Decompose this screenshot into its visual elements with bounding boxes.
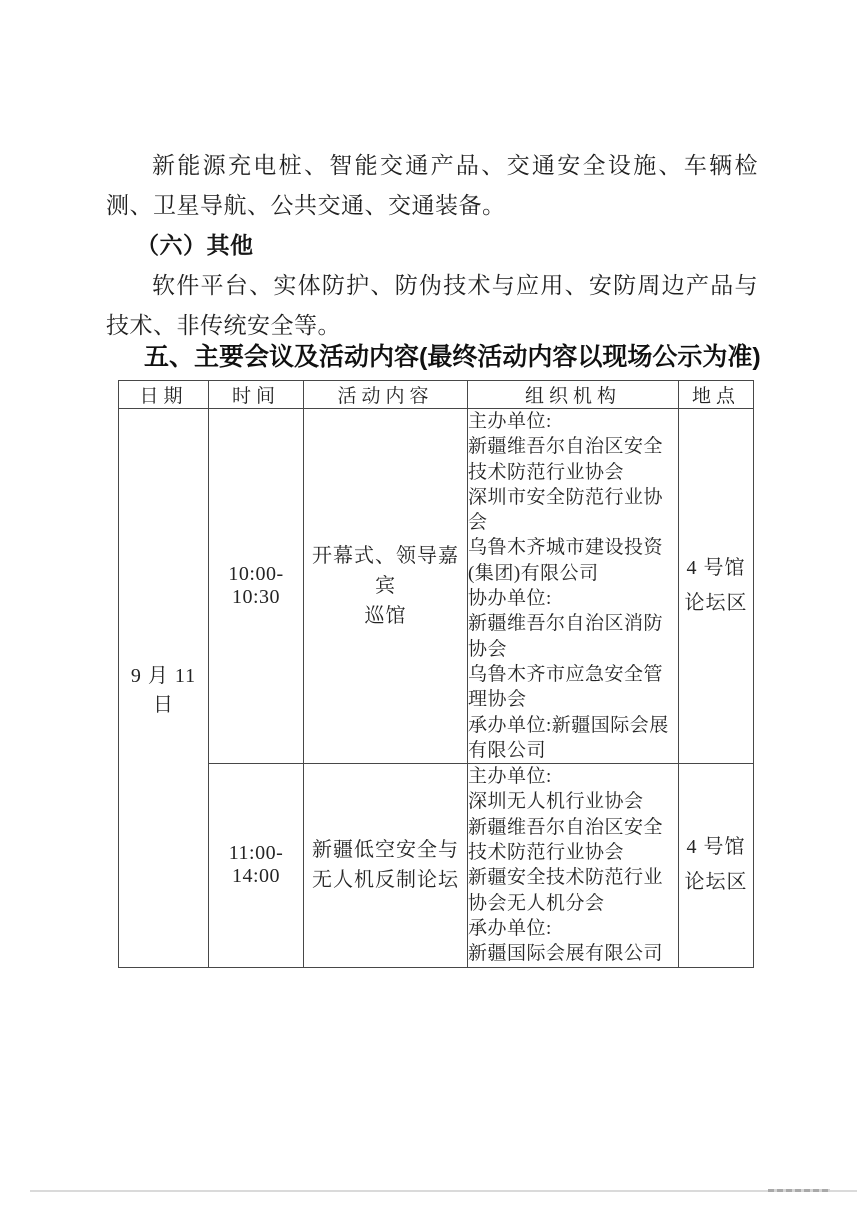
column-header-organizer: 组织机构 (468, 381, 679, 409)
text-line: 无人机反制论坛 (304, 865, 467, 895)
table-row-drone-forum: 11:00-14:00 新疆低空安全与无人机反制论坛 主办单位:深圳无人机行业协… (119, 764, 754, 967)
location-cell-opening: 4 号馆论坛区 (679, 409, 754, 764)
column-header-date: 日期 (119, 381, 209, 409)
text-line: 新疆维吾尔自治区安全技术防范行业协会 (468, 815, 678, 866)
date-cell: 9 月 11 日 (119, 409, 209, 968)
document-page: 新能源充电桩、智能交通产品、交通安全设施、车辆检测、卫星导航、公共交通、交通装备… (0, 0, 857, 1212)
page-edge-mark (768, 1189, 830, 1192)
text-line: 新疆国际会展有限公司 (468, 941, 678, 966)
text-line: 深圳无人机行业协会 (468, 789, 678, 814)
text-line: 主办单位: (468, 764, 678, 789)
text-line: 主办单位: (468, 409, 678, 434)
time-cell-forum: 11:00-14:00 (209, 764, 304, 967)
activity-cell-forum: 新疆低空安全与无人机反制论坛 (304, 764, 468, 967)
section-five-heading: 五、主要会议及活动内容(最终活动内容以现场公示为准) (106, 338, 824, 376)
text-line: 新疆维吾尔自治区消防协会 (468, 611, 678, 662)
text-line: 承办单位:新疆国际会展有限公司 (468, 713, 678, 764)
time-cell-opening: 10:00-10:30 (209, 409, 304, 764)
text-line: 新疆维吾尔自治区安全技术防范行业协会 (468, 434, 678, 485)
text-line: 承办单位: (468, 916, 678, 941)
text-line: 深圳市安全防范行业协会 (468, 485, 678, 536)
organizer-cell-forum: 主办单位:深圳无人机行业协会新疆维吾尔自治区安全技术防范行业协会新疆安全技术防范… (468, 764, 679, 967)
text-line: 新疆低空安全与 (304, 835, 467, 865)
text-line: 协办单位: (468, 586, 678, 611)
text-line: 开幕式、领导嘉宾 (304, 541, 467, 601)
section-six-heading: （六）其他 (106, 226, 758, 266)
organizer-cell-opening: 主办单位:新疆维吾尔自治区安全技术防范行业协会深圳市安全防范行业协会乌鲁木齐城市… (468, 409, 679, 764)
column-header-activity: 活动内容 (304, 381, 468, 409)
text-line: 乌鲁木齐市应急安全管理协会 (468, 662, 678, 713)
table-row-opening-ceremony: 9 月 11 日 10:00-10:30 开幕式、领导嘉宾巡馆 主办单位:新疆维… (119, 409, 754, 764)
table-header-row: 日期 时间 活动内容 组织机构 地点 (119, 381, 754, 409)
text-line: 巡馆 (304, 601, 467, 631)
paragraph-transport-products: 新能源充电桩、智能交通产品、交通安全设施、车辆检测、卫星导航、公共交通、交通装备… (106, 146, 758, 226)
location-cell-forum: 4 号馆论坛区 (679, 764, 754, 967)
text-line: 论坛区 (679, 865, 753, 900)
activity-cell-opening: 开幕式、领导嘉宾巡馆 (304, 409, 468, 764)
column-header-location: 地点 (679, 381, 754, 409)
text-line: 新疆安全技术防范行业协会无人机分会 (468, 865, 678, 916)
schedule-table: 日期 时间 活动内容 组织机构 地点 9 月 11 日 10:00-10:30 … (118, 380, 754, 968)
text-line: 论坛区 (679, 586, 753, 621)
text-line: 4 号馆 (679, 830, 753, 865)
column-header-time: 时间 (209, 381, 304, 409)
text-line: 乌鲁木齐城市建设投资(集团)有限公司 (468, 535, 678, 586)
text-line: 4 号馆 (679, 551, 753, 586)
page-edge-line (30, 1190, 857, 1192)
paragraph-other-products: 软件平台、实体防护、防伪技术与应用、安防周边产品与技术、非传统安全等。 (106, 266, 758, 346)
